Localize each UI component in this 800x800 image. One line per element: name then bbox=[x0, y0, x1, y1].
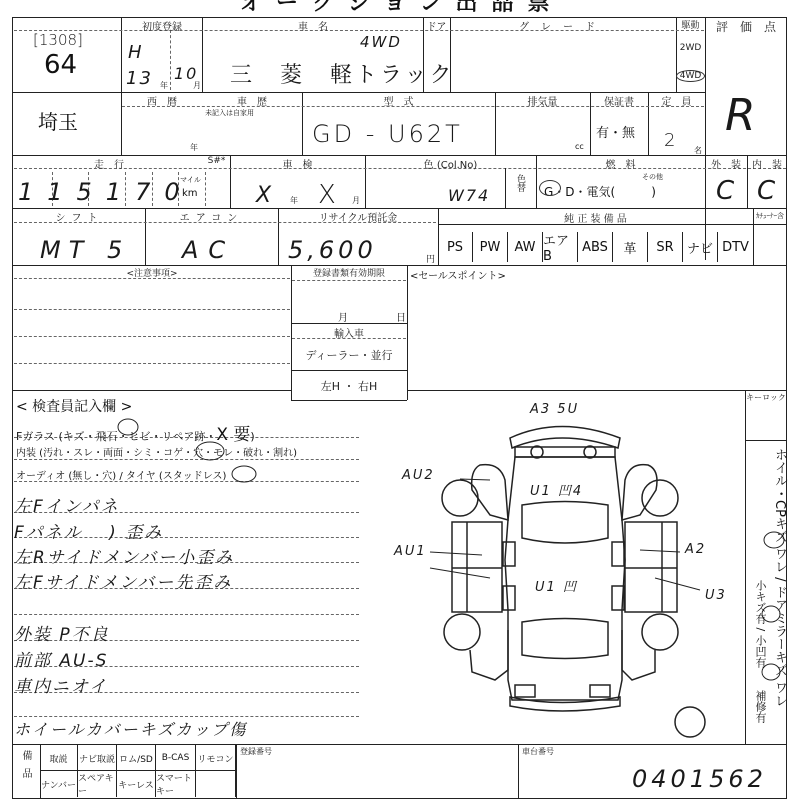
model-label: 型 式 bbox=[302, 93, 495, 108]
reg-expiry-label: 登録書類有効期限 bbox=[291, 266, 407, 279]
equipment-item: PW bbox=[473, 232, 508, 262]
reg-number-label: 登録番号 bbox=[240, 746, 272, 757]
accessory-item: B-CAS bbox=[156, 745, 196, 771]
displacement-label: 排気量 bbox=[495, 93, 590, 108]
equipment-item: ナビ bbox=[683, 232, 718, 262]
accessory-item: ナンバー bbox=[40, 771, 78, 797]
import-label: 輸入車 bbox=[291, 325, 407, 340]
grade-label: グレード bbox=[450, 18, 676, 33]
region: 埼玉 bbox=[38, 106, 78, 135]
accessory-item: ナビ取説 bbox=[78, 745, 117, 771]
inspection-month: X bbox=[318, 180, 338, 210]
diagram-mark: U1 凹 bbox=[535, 576, 578, 595]
recycle-label: リサイクル預託金 bbox=[278, 209, 438, 224]
color-code: W74 bbox=[448, 186, 490, 205]
accessory-item bbox=[196, 771, 236, 797]
fuel-label: 燃 料 bbox=[536, 156, 705, 171]
wheel-sub: 小キズ有 / 小凹有 bbox=[752, 580, 768, 668]
mileage-flag-label: S#* bbox=[203, 156, 230, 166]
inspector-title: < 検査員記入欄 > bbox=[16, 396, 132, 416]
accessory-item: キーレス bbox=[117, 771, 156, 797]
equipment-item: SR bbox=[648, 232, 683, 262]
interior-label: 内 装 bbox=[747, 156, 787, 171]
fuel-selected-circle bbox=[539, 180, 561, 196]
interior-grade: C bbox=[757, 176, 777, 206]
diagram-mark: U3 bbox=[705, 588, 727, 603]
car-name: 三 菱 軽トラック bbox=[230, 58, 455, 89]
accessory-item: スペアキー bbox=[78, 771, 117, 797]
tuner-label: ｶﾁｭｰﾅｰ含 bbox=[753, 211, 787, 221]
diagram-mark: A2 bbox=[685, 542, 706, 557]
inspector-note: 左Rサイドメンバー小歪み bbox=[14, 543, 234, 568]
color-label: 色 (Col.No) bbox=[365, 156, 536, 171]
diagram-mark: A3 5U bbox=[530, 402, 579, 417]
mileage-value: 115170 bbox=[18, 178, 194, 206]
first-reg-era: H bbox=[128, 42, 144, 63]
western-year-label: 西 暦 bbox=[122, 93, 202, 108]
glass-line: Fガラス (キズ・飛石・ヒビ・リペア跡・X 要) bbox=[16, 420, 255, 445]
repair-label: 補修有 bbox=[752, 690, 768, 723]
score-label: 評 価 点 bbox=[706, 18, 786, 35]
lot-number: 64 bbox=[44, 50, 77, 80]
first-reg-label: 初度登録 bbox=[122, 18, 202, 33]
equipment-label: 純 正 装 備 品 bbox=[438, 210, 753, 225]
score: R bbox=[725, 90, 758, 141]
equipment-item: エアB bbox=[543, 232, 578, 262]
warranty-options: 有・無 bbox=[596, 122, 635, 141]
interior-line: 内装 (汚れ・スレ・両面・シミ・コゲ・穴・モレ・破れ・割れ) bbox=[16, 444, 297, 459]
equipment-item: AW bbox=[508, 232, 543, 262]
recycle-amount: 5,600 bbox=[288, 236, 377, 264]
car-name-label: 車 名 bbox=[203, 18, 423, 33]
equipment-item: 革 bbox=[613, 232, 648, 262]
model: GD - U62T bbox=[312, 120, 463, 148]
drive-label: 駆動 bbox=[676, 18, 705, 31]
exterior-label: 外 装 bbox=[705, 156, 747, 171]
inspection-label: 車 検 bbox=[230, 156, 365, 171]
inspector-note: Fパネル ) 歪み bbox=[14, 518, 163, 543]
ac-value: AC bbox=[182, 236, 235, 264]
diagram-mark: AU1 bbox=[394, 544, 427, 559]
inspector-note: 左Fインパネ bbox=[14, 492, 120, 517]
capacity: 2 bbox=[664, 130, 677, 151]
equipment-item: PS bbox=[438, 232, 473, 262]
color-change-label: 色替 bbox=[514, 174, 527, 192]
accessories-label: 備品 bbox=[18, 750, 33, 786]
inspector-note: 外装 P不良 bbox=[14, 620, 110, 645]
door-label: ドア bbox=[423, 18, 450, 33]
first-reg-year: 13 bbox=[126, 68, 153, 89]
equipment-item: DTV bbox=[718, 232, 753, 262]
drive-option-2wd: 2WD bbox=[676, 43, 705, 53]
inspection-year: X bbox=[256, 183, 273, 208]
exterior-grade: C bbox=[716, 176, 736, 206]
shift-label: シフト bbox=[14, 209, 145, 224]
accessory-item: ロム/SD bbox=[117, 745, 156, 771]
import-options: ディーラー・並行 bbox=[291, 347, 407, 363]
inspector-note: 前部 AU-S bbox=[14, 646, 108, 671]
chassis-label: 車台番号 bbox=[522, 746, 554, 757]
handle-options: 左H ・ 右H bbox=[291, 378, 407, 394]
inspector-note: 車内ニオイ bbox=[14, 672, 108, 697]
history-label: 車 歴 bbox=[202, 93, 302, 108]
caution-label: <注意事項> bbox=[14, 266, 290, 279]
warranty-label: 保証書 bbox=[590, 93, 648, 108]
wheel-note: ホイル・CPキズ ワレ / ドアミラーキズ ワレ bbox=[770, 448, 789, 748]
sales-point-label: <セールスポイント> bbox=[410, 267, 506, 282]
drive-option-4wd: 4WD bbox=[676, 70, 705, 82]
accessory-item: 取説 bbox=[40, 745, 78, 771]
accessory-item: スマートキー bbox=[156, 771, 196, 797]
shift-value: MT 5 bbox=[40, 236, 130, 264]
keylock-label: キーロック bbox=[746, 392, 786, 403]
diagram-mark: AU2 bbox=[402, 468, 435, 483]
diagram-mark: U1 凹4 bbox=[530, 480, 583, 499]
inspector-note: ホイールカバーキズカップ傷 bbox=[14, 717, 247, 740]
chassis-number: 0401562 bbox=[632, 765, 767, 793]
ac-label: エアコン bbox=[145, 209, 278, 224]
inspector-note: 左Fサイドメンバー先歪み bbox=[14, 568, 232, 593]
mileage-label: 走 行 bbox=[14, 156, 204, 171]
lot-code: [1308] bbox=[33, 31, 83, 49]
sheet-title: オークション出品票 bbox=[240, 0, 564, 17]
history-note: 未記入は自家用 bbox=[205, 108, 254, 118]
accessory-item: リモコン bbox=[196, 745, 236, 771]
car-name-note: 4WD bbox=[360, 33, 402, 51]
audio-line: オーディオ (無し・穴) / タイヤ (スタッドレス) bbox=[16, 467, 226, 482]
equipment-item: ABS bbox=[578, 232, 613, 262]
capacity-label: 定 員 bbox=[648, 93, 705, 108]
